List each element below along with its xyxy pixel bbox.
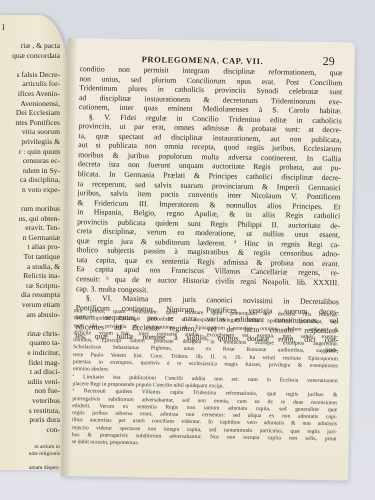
text-line: r : quin quum xyxy=(0,147,68,157)
footnotes: tum potius, quam evulsuram: quod constar… xyxy=(72,308,339,451)
text-line: ræ Scriptu- xyxy=(0,281,68,291)
text-line: vitia suorum xyxy=(0,127,68,137)
note-line: amam dispen- xyxy=(0,465,68,470)
left-page-header: I xyxy=(2,23,5,32)
text-line: censuras ec- xyxy=(0,156,68,166)
text-line: non fue- xyxy=(0,386,68,396)
text-line xyxy=(0,319,68,329)
text-line: con- xyxy=(0,425,68,435)
text-line: Tot tantique xyxy=(0,252,68,262)
text-line: us, qui obten- xyxy=(0,214,68,224)
text-line xyxy=(0,195,68,205)
text-line: Relictis ina- xyxy=(0,271,68,281)
text-line: Dei Ecclesiam xyxy=(0,108,68,118)
show-through-text: ut vel ad publica etiam perveniret, conc… xyxy=(76,252,337,306)
text-line: n Germaniæ xyxy=(0,233,68,243)
text-line: a studia, & xyxy=(0,262,68,272)
text-line xyxy=(0,60,68,70)
text-line: eravit. Ten- xyxy=(0,223,68,233)
text-line: quanto ta- xyxy=(0,338,68,348)
text-line: ca disciplina, xyxy=(0,175,68,185)
text-line: ntes Pontifices xyxy=(0,118,68,128)
text-line: ifices Avenio- xyxy=(0,89,68,99)
running-head: PROLEGOMENA. CAP. VII. xyxy=(142,54,264,66)
text-line: rum moribus xyxy=(0,204,68,214)
note-line: ndæ religionis xyxy=(0,451,68,458)
text-line: s restituta, xyxy=(0,406,68,416)
text-line: articulis for- xyxy=(0,79,68,89)
note-line xyxy=(0,458,68,465)
text-line: s falsis Decre- xyxy=(0,70,68,80)
text-line: n voto expe- xyxy=(0,185,68,195)
text-line: dia resumpta xyxy=(0,290,68,300)
left-page-text: riæ , & pacta quæ concordata s falsis De… xyxy=(0,41,68,470)
text-line: veteribus xyxy=(0,396,68,406)
text-line: riæ , & pacta xyxy=(0,41,68,51)
text-line: rinæ chris- xyxy=(0,329,68,339)
note-line: m artium in xyxy=(0,444,68,451)
text-line: t alias pro- xyxy=(0,242,68,252)
page-number: 29 xyxy=(323,54,335,69)
text-line: ndem in Sy- xyxy=(0,166,68,176)
text-line: am abusio- xyxy=(0,310,68,320)
text-line: verum etiam xyxy=(0,300,68,310)
text-line: privilegiis & xyxy=(0,137,68,147)
text-line: quæ concordata xyxy=(0,51,68,61)
left-page: I riæ , & pacta quæ concordata s falsis … xyxy=(0,15,68,470)
text-line: t ad disci- xyxy=(0,367,68,377)
text-line: poris dura xyxy=(0,415,68,425)
text-line: e indicitur, xyxy=(0,348,68,358)
text-line: udiis veni- xyxy=(0,377,68,387)
text-line: Avenionensi, xyxy=(0,99,68,109)
text-line: fidei mag- xyxy=(0,358,68,368)
right-page: PROLEGOMENA. CAP. VII. 29 conditio non p… xyxy=(61,38,355,480)
